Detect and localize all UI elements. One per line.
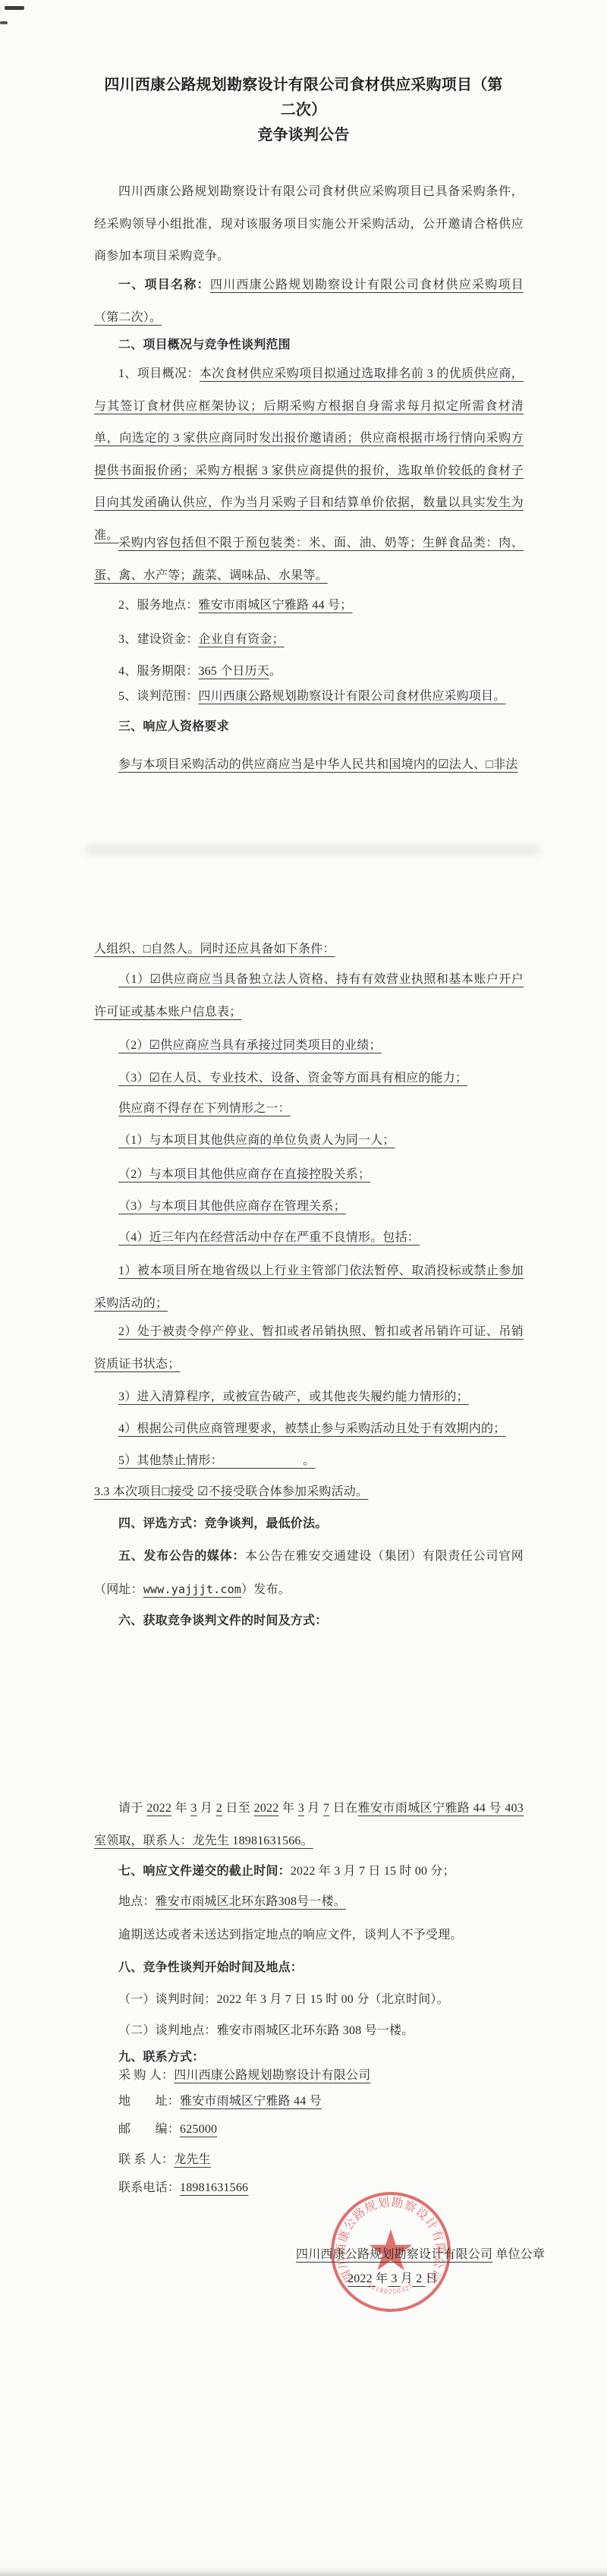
section-1-project-name: 一、项目名称：四川西康公路规划勘察设计有限公司食材供应采购项目（第二次）。: [94, 269, 524, 334]
qualification-intro-part1-text: 参与本项目采购活动的供应商应当是中华人民共和国境内的☑法人、□非法: [118, 758, 518, 771]
prohibited-situations-title: 供应商不得存在下列情形之一：: [94, 1093, 524, 1126]
section-4-selection-method: 四、评选方式：竞争谈判，最低价法。: [94, 1508, 524, 1541]
service-location-row: 2、服务地点：雅安市雨城区宁雅路 44 号；: [94, 590, 524, 622]
zip-code-label: 邮 编：: [118, 2123, 180, 2136]
bad-record-3-text: 3）进入清算程序，或被宣告破产，或其他丧失履约能力情形的；: [118, 1390, 469, 1403]
section-2-content-scope: 采购内容包括但不限于预包装类：米、面、油、奶等；生鲜食品类：肉、蛋、禽、水产等；…: [94, 527, 524, 592]
bad-record-4-text: 4）根据公司供应商管理要求，被禁止参与采购活动且处于有效期内的；: [118, 1422, 505, 1435]
prohibited-item-1-text: （1）与本项目其他供应商的单位负责人为同一人；: [118, 1134, 395, 1147]
content-scope-text: 采购内容包括但不限于预包装类：米、面、油、奶等；生鲜食品类：肉、蛋、禽、水产等；…: [94, 537, 524, 582]
doc-title: 四川西康公路规划勘察设计有限公司食材供应采购项目（第 二次） 竞争谈判公告: [0, 73, 607, 148]
doc-title-line3: 竞争谈判公告: [0, 123, 607, 148]
qualification-condition-3-text: （3）☑在人员、专业技术、设备、资金等方面具有相应的能力；: [118, 1072, 467, 1085]
consortium-clause: 3.3 本次项目□接受 ☑不接受联合体参加采购活动。: [94, 1476, 524, 1509]
funding-value: 企业自有资金；: [198, 633, 284, 646]
negotiation-scope-value: 四川西康公路规划勘察设计有限公司食材供应采购项目。: [198, 690, 505, 703]
negotiation-scope-row: 5、谈判范围：四川西康公路规划勘察设计有限公司食材供应采购项目。: [94, 681, 524, 713]
contact-phone-label: 联系电话：: [118, 2181, 180, 2194]
funding-label: 3、建设资金：: [118, 633, 198, 646]
section-7-value: 2022 年 3 月 7 日 15 时 00 分；: [291, 1865, 455, 1878]
section-1-label: 一、项目名称：: [118, 279, 210, 291]
qualification-condition-2: （2）☑供应商应当具有承接过同类项目的业绩；: [94, 1030, 524, 1063]
zip-code-row: 邮 编：625000: [94, 2122, 524, 2137]
section-5-post: ）发布。: [241, 1583, 291, 1596]
signature-seal-caption: 单位公章: [492, 2248, 545, 2261]
overdue-notice: 逾期送达或者未送达到指定地点的响应文件，谈判人不予受理。: [94, 1919, 524, 1952]
section-5-media: 五、发布公告的媒体：本公告在雅安交通建设（集团）有限责任公司官网（网址：www.…: [94, 1541, 524, 1606]
signature-company-row: 四川西康公路规划勘察设计有限公司 单位公章: [296, 2247, 607, 2263]
section-8-heading: 八、竞争性谈判开始时间及地点：: [94, 1952, 524, 1985]
scan-speck: [5, 6, 24, 10]
prohibited-situations-title-text: 供应商不得存在下列情形之一：: [118, 1102, 291, 1115]
document-pickup-paragraph: 请于 2022 年 3 月 2 日至 2022 年 3 月 7 日在雅安市雨城区…: [94, 1793, 524, 1857]
scan-bottom-edge: [0, 2565, 607, 2576]
contact-person-value: 龙先生: [174, 2153, 211, 2166]
service-location-label: 2、服务地点：: [118, 599, 198, 612]
prohibited-item-2-text: （2）与本项目其他供应商存在直接控股关系；: [118, 1168, 370, 1181]
section-5-label: 五、发布公告的媒体：: [118, 1550, 245, 1563]
signature-date-row: 2022 年 3 月 2 日: [348, 2271, 575, 2288]
overview-label: 1、项目概况：: [118, 367, 200, 380]
intro-paragraph: 四川西康公路规划勘察设计有限公司食材供应采购项目已具备采购条件，经采购领导小组批…: [94, 176, 524, 273]
contact-phone-row: 联系电话：18981631566: [94, 2181, 524, 2196]
bad-record-1: 1）被本项目所在地省级以上行业主管部门依法暂停、取消投标或禁止参加采购活动的；: [94, 1255, 524, 1320]
section-2-heading: 二、项目概况与竞争性谈判范围: [94, 329, 524, 362]
section-7-label: 七、响应文件递交的截止时间：: [118, 1865, 291, 1878]
prohibited-item-4-text: （4）近三年内在经营活动中存在严重不良情形。包括：: [118, 1231, 420, 1244]
doc-title-line1: 四川西康公路规划勘察设计有限公司食材供应采购项目（第: [0, 73, 607, 98]
section-6-heading: 六、获取竞争谈判文件的时间及方式：: [94, 1605, 524, 1638]
buyer-address-label: 地 址：: [118, 2095, 180, 2108]
page-bleedthrough-smudge: [85, 844, 540, 856]
submission-address-label: 地点：: [118, 1895, 156, 1908]
prohibited-item-2: （2）与本项目其他供应商存在直接控股关系；: [94, 1159, 524, 1192]
bad-record-5: 5）其他禁止情形： 。: [94, 1445, 524, 1478]
service-location-value: 雅安市雨城区宁雅路 44 号；: [198, 599, 352, 612]
scan-speck: [0, 21, 8, 24]
submission-address-row: 地点：雅安市雨城区北环东路308号一楼。: [94, 1886, 524, 1919]
negotiation-scope-label: 5、谈判范围：: [118, 690, 198, 703]
prohibited-item-3-text: （3）与本项目其他供应商存在管理关系；: [118, 1200, 346, 1213]
buyer-address-row: 地 址：雅安市雨城区宁雅路 44 号: [94, 2094, 524, 2109]
bad-record-3: 3）进入清算程序，或被宣告破产，或其他丧失履约能力情形的；: [94, 1381, 524, 1414]
contact-phone-value: 18981631566: [180, 2181, 248, 2194]
buyer-value: 四川西康公路规划勘察设计有限公司: [174, 2069, 370, 2082]
bad-record-1-text: 1）被本项目所在地省级以上行业主管部门依法暂停、取消投标或禁止参加采购活动的；: [94, 1264, 524, 1310]
qualification-intro-part2: 人组织、□自然人。同时还应具备如下条件：: [94, 934, 524, 966]
funding-row: 3、建设资金：企业自有资金；: [94, 624, 524, 657]
section-7-deadline: 七、响应文件递交的截止时间：2022 年 3 月 7 日 15 时 00 分；: [94, 1856, 524, 1888]
signature-company-name: 四川西康公路规划勘察设计有限公司: [296, 2248, 492, 2261]
contact-person-row: 联 系 人：龙先生: [94, 2152, 524, 2168]
bad-record-5-text: 5）其他禁止情形： 。: [118, 1454, 315, 1467]
bad-record-4: 4）根据公司供应商管理要求，被禁止参与采购活动且处于有效期内的；: [94, 1413, 524, 1446]
negotiation-time-row: （一）谈判时间：2022 年 3 月 7 日 15 时 00 分（北京时间）。: [94, 1984, 524, 2017]
doc-title-line2: 二次）: [0, 98, 607, 123]
buyer-address-value: 雅安市雨城区宁雅路 44 号: [180, 2095, 322, 2108]
qualification-intro-part2-text: 人组织、□自然人。同时还应具备如下条件：: [94, 943, 335, 956]
prohibited-item-3: （3）与本项目其他供应商存在管理关系；: [94, 1191, 524, 1223]
contact-person-label: 联 系 人：: [118, 2153, 174, 2166]
service-term-value: 365 个日历天: [198, 665, 269, 678]
prohibited-item-1: （1）与本项目其他供应商的单位负责人为同一人；: [94, 1125, 524, 1157]
bad-record-2-text: 2）处于被责令停产停业、暂扣或者吊销执照、暂扣或者吊销许可证、吊销资质证书状态；: [94, 1325, 524, 1371]
zip-code-value: 625000: [180, 2123, 217, 2136]
announcement-url: www.yajjjt.com: [143, 1582, 241, 1596]
qualification-condition-1-text: （1）☑供应商应当具备独立法人资格、持有有效营业执照和基本账户开户许可证或基本账…: [94, 973, 524, 1019]
qualification-intro-part1: 参与本项目采购活动的供应商应当是中华人民共和国境内的☑法人、□非法: [94, 749, 524, 782]
qualification-condition-2-text: （2）☑供应商应当具有承接过同类项目的业绩；: [118, 1039, 382, 1052]
consortium-clause-text: 3.3 本次项目□接受 ☑不接受联合体参加采购活动。: [94, 1485, 368, 1498]
section-3-heading: 三、响应人资格要求: [94, 711, 524, 744]
qualification-condition-3: （3）☑在人员、专业技术、设备、资金等方面具有相应的能力；: [94, 1063, 524, 1095]
service-term-suffix: 。: [269, 665, 281, 678]
section-4-label: 四、评选方式：: [118, 1517, 204, 1530]
section-4-value: 竞争谈判，最低价法。: [204, 1517, 327, 1530]
qualification-condition-1: （1）☑供应商应当具备独立法人资格、持有有效营业执照和基本账户开户许可证或基本账…: [94, 964, 524, 1028]
buyer-row: 采 购 人：四川西康公路规划勘察设计有限公司: [94, 2068, 524, 2083]
section-2-overview: 1、项目概况：本次食材供应采购项目拟通过选取排名前 3 的优质供应商，与其签订食…: [94, 358, 524, 552]
bad-record-2: 2）处于被责令停产停业、暂扣或者吊销执照、暂扣或者吊销许可证、吊销资质证书状态；: [94, 1316, 524, 1381]
service-term-label: 4、服务期限：: [118, 665, 198, 678]
prohibited-item-4: （4）近三年内在经营活动中存在严重不良情形。包括：: [94, 1222, 524, 1255]
buyer-label: 采 购 人：: [118, 2069, 174, 2082]
submission-address-value: 雅安市雨城区北环东路308号一楼。: [156, 1895, 346, 1908]
scanned-announcement-page: 四川西康公路规划勘察设计有限公司食材供应采购项目（第 二次） 竞争谈判公告 四川…: [0, 0, 607, 2576]
overview-value: 本次食材供应采购项目拟通过选取排名前 3 的优质供应商，与其签订食材供应框架协议…: [94, 367, 524, 542]
